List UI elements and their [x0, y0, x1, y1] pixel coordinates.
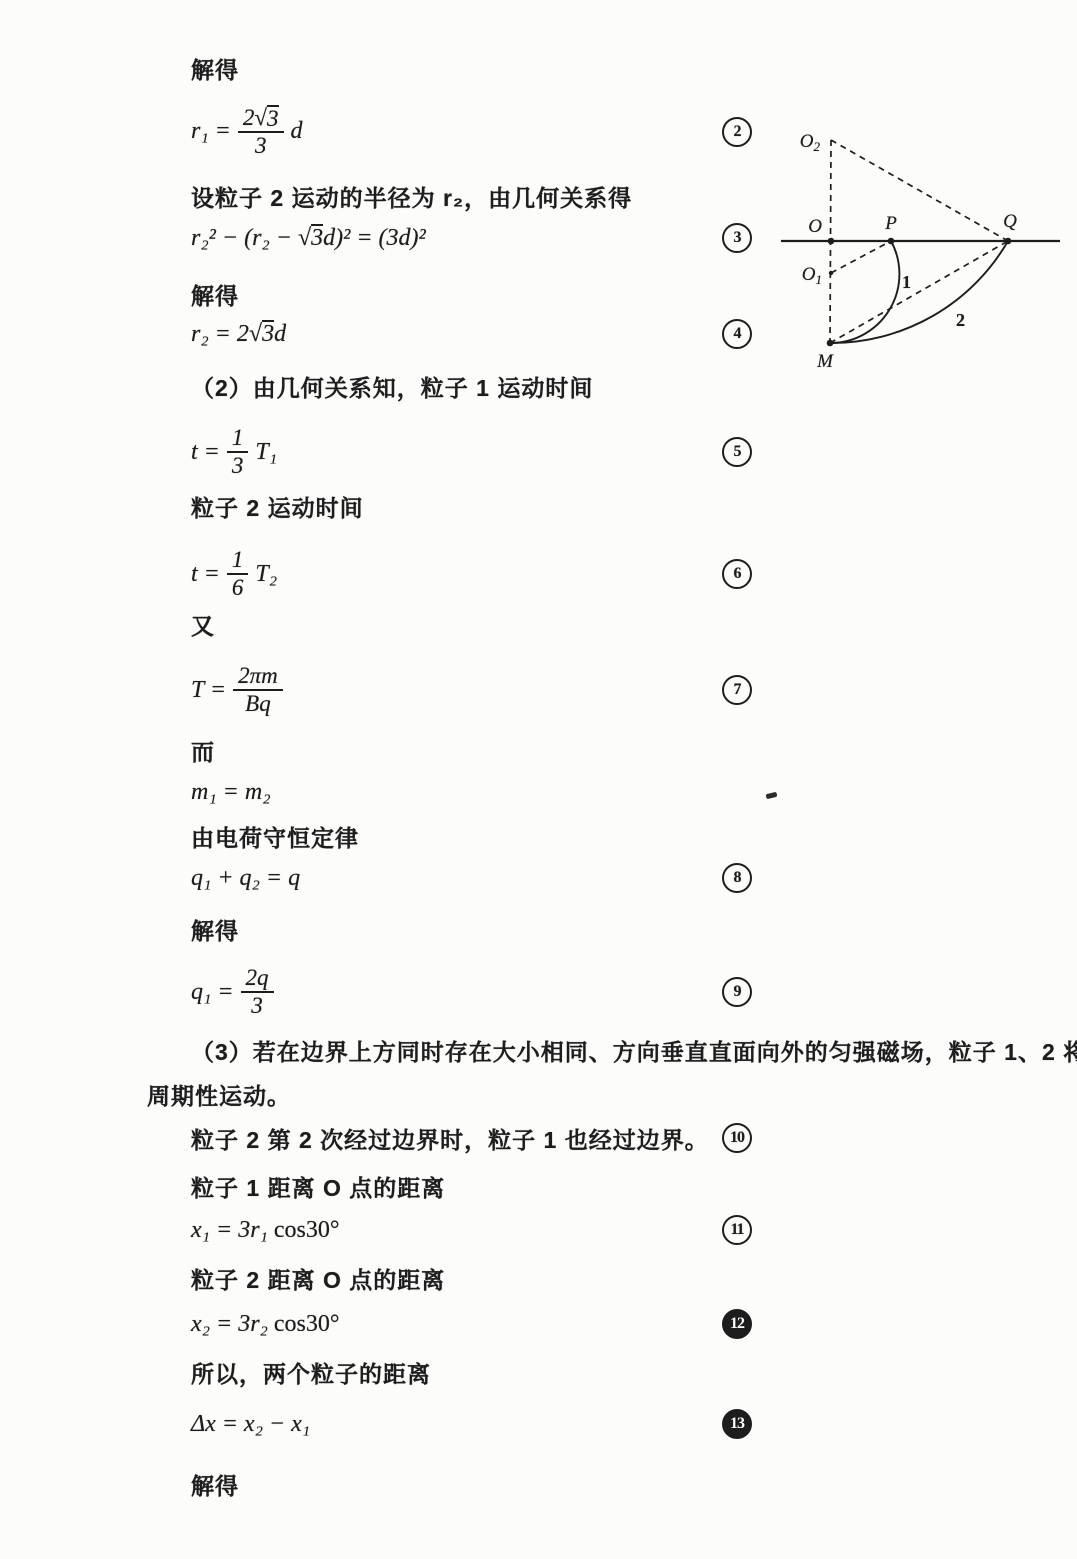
equation-tag-4: 4 — [722, 319, 752, 349]
equation-6-row: t = 1 6 T₂ 6 — [191, 534, 752, 614]
equation-tag-10: 10 — [722, 1123, 752, 1153]
label-O: O — [808, 216, 822, 237]
label-O2: O2 — [800, 131, 821, 154]
equation-4: r₂ = 2√3d — [191, 320, 286, 348]
equation-7: T = 2πm Bq — [191, 663, 290, 717]
equation-12-row: x₂ = 3r₂ cos30° 12 — [191, 1308, 752, 1340]
label-P: P — [884, 213, 897, 234]
point-O — [828, 238, 835, 245]
statement-10-text: 粒子 2 第 2 次经过边界时，粒子 1 也经过边界。 — [191, 1122, 709, 1155]
text-line-solve-a: 解得 — [191, 52, 752, 84]
eq3-pre: r₂² − (r₂ − √ — [191, 225, 311, 251]
equation-tag-8: 8 — [722, 863, 752, 893]
eq6-lhs: t = — [191, 561, 220, 588]
equation-tag-5: 5 — [722, 437, 752, 467]
equation-13-row: Δx = x₂ − x₁ 13 — [191, 1408, 752, 1440]
paragraph3-line2: 周期性运动。 — [147, 1078, 708, 1110]
equation-tag-11: 11 — [722, 1215, 752, 1245]
point-O1 — [829, 271, 833, 275]
eq4-pre: r₂ = 2√ — [191, 321, 262, 347]
text-line-solve-b: 解得 — [191, 278, 752, 310]
eq2-suffix: d — [291, 118, 303, 145]
text-line-also: 又 — [191, 608, 752, 640]
equation-tag-7: 7 — [722, 675, 752, 705]
point-M — [827, 340, 834, 347]
label-M: M — [816, 351, 834, 372]
eq12-vars: x₂ = 3r₂ — [191, 1311, 274, 1337]
text-line-and: 而 — [191, 734, 752, 766]
eq5-fraction: 1 3 — [227, 425, 249, 479]
equation-tag-13: 13 — [722, 1409, 752, 1439]
equation-9-row: q₁ = 2q 3 9 — [191, 952, 752, 1032]
equation-tag-12: 12 — [722, 1309, 752, 1339]
equation-11-row: x₁ = 3r₁ cos30° 11 — [191, 1214, 752, 1246]
text-line-p2-time: 粒子 2 运动时间 — [191, 490, 752, 522]
eq5-suffix: T₁ — [255, 439, 277, 466]
label-arc2: 2 — [956, 310, 965, 330]
text-line-distance2: 粒子 2 距离 O 点的距离 — [191, 1262, 752, 1294]
scan-speck — [766, 792, 778, 800]
point-P — [888, 238, 895, 245]
eq5-numerator: 1 — [232, 425, 244, 451]
label-arc1: 1 — [902, 272, 911, 292]
eq3-post: d)² = (3d)² — [323, 225, 426, 251]
particle1-arc — [830, 241, 899, 343]
eq12-cos: cos30° — [274, 1311, 340, 1337]
equation-11: x₁ = 3r₁ cos30° — [191, 1217, 339, 1244]
dashed-o1-p-line — [831, 241, 891, 273]
eq5-lhs: t = — [191, 439, 220, 466]
eq5-denominator: 3 — [230, 453, 246, 479]
eq6-denominator: 6 — [230, 575, 246, 601]
equation-5-row: t = 1 3 T₁ 5 — [191, 412, 752, 492]
dashed-m-q-line — [830, 241, 1008, 343]
text-line-solve-d: 解得 — [191, 1468, 752, 1500]
eq7-fraction: 2πm Bq — [233, 663, 283, 717]
label-O1: O1 — [802, 264, 822, 287]
eq2-radicand: 3 — [267, 105, 279, 131]
eq9-lhs: q₁ = — [191, 979, 234, 1006]
text-line-solve-c: 解得 — [191, 913, 752, 945]
eq4-radicand: 3 — [262, 320, 274, 347]
text-line-setup-r2: 设粒子 2 运动的半径为 r₂，由几何关系得 — [191, 180, 752, 212]
equation-tag-3: 3 — [722, 223, 752, 253]
equation-6: t = 1 6 T₂ — [191, 547, 277, 601]
eq2-lhs: r₁ = — [191, 118, 231, 145]
equation-4-row: r₂ = 2√3d 4 — [191, 318, 752, 350]
label-Q: Q — [1003, 211, 1017, 232]
equation-tag-2: 2 — [722, 117, 752, 147]
eq11-cos: cos30° — [274, 1217, 340, 1243]
eq11-vars: x₁ = 3r₁ — [191, 1217, 274, 1243]
equation-8-row: q₁ + q₂ = q 8 — [191, 862, 752, 894]
text-line-distance1: 粒子 1 距离 O 点的距离 — [191, 1170, 752, 1202]
eq9-denominator: 3 — [249, 993, 265, 1019]
dashed-o2-q-line — [831, 140, 1008, 241]
equation-5: t = 1 3 T₁ — [191, 425, 277, 479]
eq2-numerator-coeff: 2√ — [243, 105, 267, 131]
equation-tag-6: 6 — [722, 559, 752, 589]
eq6-fraction: 1 6 — [227, 547, 249, 601]
equation-9: q₁ = 2q 3 — [191, 965, 281, 1019]
geometry-diagram-svg: O2 O P Q O1 M 1 2 — [768, 110, 1070, 386]
eq9-numerator: 2q — [246, 965, 269, 991]
scanned-solution-page: 解得 r₁ = 2√ 3 3 d 2 设粒子 2 运动的半径为 r₂，由几何关系… — [0, 0, 1077, 1559]
eq7-numerator: 2πm — [238, 663, 278, 689]
text-line-part2: （2）由几何关系知，粒子 1 运动时间 — [191, 370, 752, 402]
equation-tag-9: 9 — [722, 977, 752, 1007]
equation-12: x₂ = 3r₂ cos30° — [191, 1311, 339, 1338]
equation-3-row: r₂² − (r₂ − √3d)² = (3d)² 3 — [191, 222, 752, 254]
point-Q — [1005, 238, 1012, 245]
eq9-fraction: 2q 3 — [241, 965, 274, 1019]
paragraph3-line1: （3）若在边界上方同时存在大小相同、方向垂直直面向外的匀强磁场，粒子 1、2 将… — [191, 1034, 1051, 1066]
eq6-numerator: 1 — [232, 547, 244, 573]
text-line-therefore: 所以，两个粒子的距离 — [191, 1356, 752, 1388]
equation-7-row: T = 2πm Bq 7 — [191, 650, 752, 730]
eq3-radicand: 3 — [311, 224, 323, 251]
eq7-lhs: T = — [191, 677, 226, 704]
eq4-post: d — [274, 321, 286, 347]
equation-mass-row: m₁ = m₂ — [191, 776, 752, 808]
eq6-suffix: T₂ — [255, 561, 277, 588]
eq2-fraction: 2√ 3 3 — [238, 105, 284, 159]
statement-10-row: 粒子 2 第 2 次经过边界时，粒子 1 也经过边界。 10 — [191, 1122, 752, 1154]
equation-13: Δx = x₂ − x₁ — [191, 1411, 310, 1438]
equation-8: q₁ + q₂ = q — [191, 865, 300, 892]
equation-2-row: r₁ = 2√ 3 3 d 2 — [191, 92, 752, 172]
eq7-denominator: Bq — [243, 691, 273, 717]
text-line-charge-law: 由电荷守恒定律 — [191, 820, 752, 852]
geometry-diagram: O2 O P Q O1 M 1 2 — [768, 110, 1070, 386]
equation-mass: m₁ = m₂ — [191, 779, 271, 806]
equation-3: r₂² − (r₂ − √3d)² = (3d)² — [191, 224, 426, 252]
eq2-denominator: 3 — [253, 133, 269, 159]
equation-2: r₁ = 2√ 3 3 d — [191, 105, 303, 159]
